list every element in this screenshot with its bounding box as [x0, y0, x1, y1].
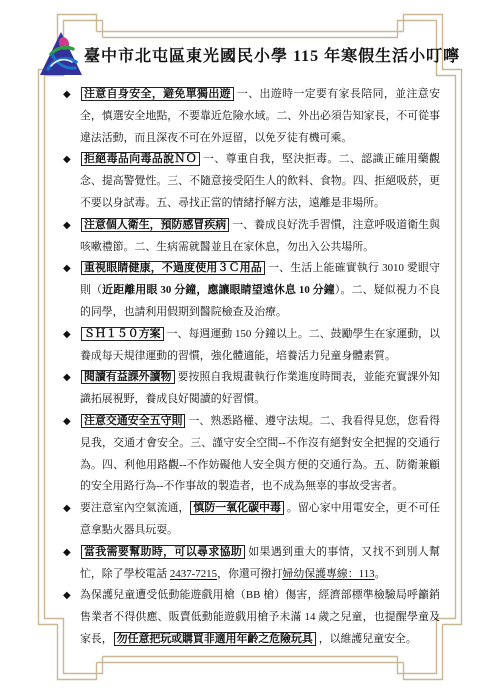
boxed-heading: 拒絕毒品向毒品說ＮＯ — [81, 152, 200, 166]
school-logo — [38, 31, 84, 77]
notice-item-text: ＳＨ１５０方案一、每週運動 150 分鐘以上。二、鼓勵學生在家運動，以養成每天規… — [80, 328, 440, 362]
boxed-heading: 重視眼睛健康，不過度使用３Ｃ用品 — [81, 261, 265, 275]
notice-item-text: 注意交通安全五守則一、熟悉路權、遵守法規。二、我看得見您，您看得見我，交通才會安… — [80, 415, 440, 492]
notice-item-text: 重視眼睛健康，不過度使用３Ｃ用品一、生活上能確實執行 3010 愛眼守則（近距離… — [80, 262, 440, 318]
diamond-bullet-icon: ◆ — [63, 585, 71, 607]
notice-item: ◆注意自身安全，避免單獨出遊一、出遊時一定要有家長陪同，並注意安全，慎選安全地點… — [63, 84, 440, 149]
notice-list: ◆注意自身安全，避免單獨出遊一、出遊時一定要有家長陪同，並注意安全，慎選安全地點… — [63, 84, 440, 651]
diamond-bullet-icon: ◆ — [63, 367, 71, 389]
boxed-heading: 閱讀有益課外讀物 — [81, 370, 175, 384]
diamond-bullet-icon: ◆ — [63, 542, 71, 564]
notice-item: ◆ＳＨ１５０方案一、每週運動 150 分鐘以上。二、鼓勵學生在家運動，以養成每天… — [63, 324, 440, 368]
boxed-heading: 注意交通安全五守則 — [81, 414, 185, 428]
notice-item: ◆為保護兒童遭受低動能遊戲用槍（BB 槍）傷害，經濟部標準檢驗局呼籲銷售業者不得… — [63, 585, 440, 650]
diamond-bullet-icon: ◆ — [63, 258, 71, 280]
notice-item-text: 注意自身安全，避免單獨出遊一、出遊時一定要有家長陪同，並注意安全，慎選安全地點，… — [80, 88, 440, 144]
notice-item: ◆注意個人衛生，預防感冒疾病一、養成良好洗手習慣，注意呼吸道衛生與咳嗽禮節。二、… — [63, 215, 440, 259]
notice-item: ◆閱讀有益課外讀物要按照自我規畫執行作業進度時間表，並能充實課外知識拓展視野，養… — [63, 367, 440, 411]
notice-item-text: 當我需要幫助時，可以尋求協助如果遇到重大的事情，又找不到別人幫忙，除了學校電話 … — [80, 546, 440, 580]
diamond-bullet-icon: ◆ — [63, 411, 71, 433]
diamond-bullet-icon: ◆ — [63, 324, 71, 346]
bold-text: 近距離用眼 30 分鐘，應讓眼睛望遠休息 10 分鐘 — [102, 284, 335, 296]
notice-item: ◆要注意室內空氣流通，慎防一氧化碳中毒。留心家中用電安全，更不可任意拿點火器具玩… — [63, 498, 440, 542]
notice-item: ◆重視眼睛健康，不過度使用３Ｃ用品一、生活上能確實執行 3010 愛眼守則（近距… — [63, 258, 440, 323]
body-text: ，你還可撥打 — [217, 568, 282, 580]
diamond-bullet-icon: ◆ — [63, 215, 71, 237]
notice-item-text: 注意個人衛生，預防感冒疾病一、養成良好洗手習慣，注意呼吸道衛生與咳嗽禮節。二、生… — [80, 219, 440, 253]
boxed-heading: ＳＨ１５０方案 — [81, 327, 164, 341]
notice-item-text: 為保護兒童遭受低動能遊戲用槍（BB 槍）傷害，經濟部標準檢驗局呼籲銷售業者不得供… — [80, 589, 440, 645]
notice-item: ◆當我需要幫助時，可以尋求協助如果遇到重大的事情，又找不到別人幫忙，除了學校電話… — [63, 542, 440, 586]
notice-item: ◆拒絕毒品向毒品說ＮＯ一、尊重自我，堅決拒毒。二、認識正確用藥觀念、提高警覺性。… — [63, 149, 440, 214]
notice-item-text: 拒絕毒品向毒品說ＮＯ一、尊重自我，堅決拒毒。二、認識正確用藥觀念、提高警覺性。三… — [80, 153, 440, 209]
diamond-bullet-icon: ◆ — [63, 498, 71, 520]
boxed-heading: 注意自身安全，避免單獨出遊 — [81, 87, 234, 101]
boxed-heading: 當我需要幫助時，可以尋求協助 — [81, 545, 245, 559]
boxed-heading: 勿任意把玩或購買非適用年齡之危險玩具 — [114, 632, 316, 646]
body-text: ，以維護兒童安全。 — [319, 633, 417, 645]
underlined-text: 2437-7215 — [170, 568, 217, 580]
diamond-bullet-icon: ◆ — [63, 149, 71, 171]
body-text: 。 — [375, 568, 386, 580]
notice-item-text: 要注意室內空氣流通，慎防一氧化碳中毒。留心家中用電安全，更不可任意拿點火器具玩耍… — [80, 502, 440, 536]
notice-item-text: 閱讀有益課外讀物要按照自我規畫執行作業進度時間表，並能充實課外知識拓展視野，養成… — [80, 371, 440, 405]
underlined-text: 婦幼保護專線：113 — [282, 568, 374, 580]
boxed-heading: 慎防一氧化碳中毒 — [190, 501, 284, 515]
diamond-bullet-icon: ◆ — [63, 84, 71, 106]
header: 臺中市北屯區東光國民小學 115 年寒假生活小叮嚀 — [38, 30, 447, 78]
body-text: 要注意室內空氣流通， — [80, 502, 189, 514]
notice-item: ◆注意交通安全五守則一、熟悉路權、遵守法規。二、我看得見您，您看得見我，交通才會… — [63, 411, 440, 498]
page-title: 臺中市北屯區東光國民小學 115 年寒假生活小叮嚀 — [84, 43, 460, 66]
boxed-heading: 注意個人衛生，預防感冒疾病 — [81, 218, 229, 232]
